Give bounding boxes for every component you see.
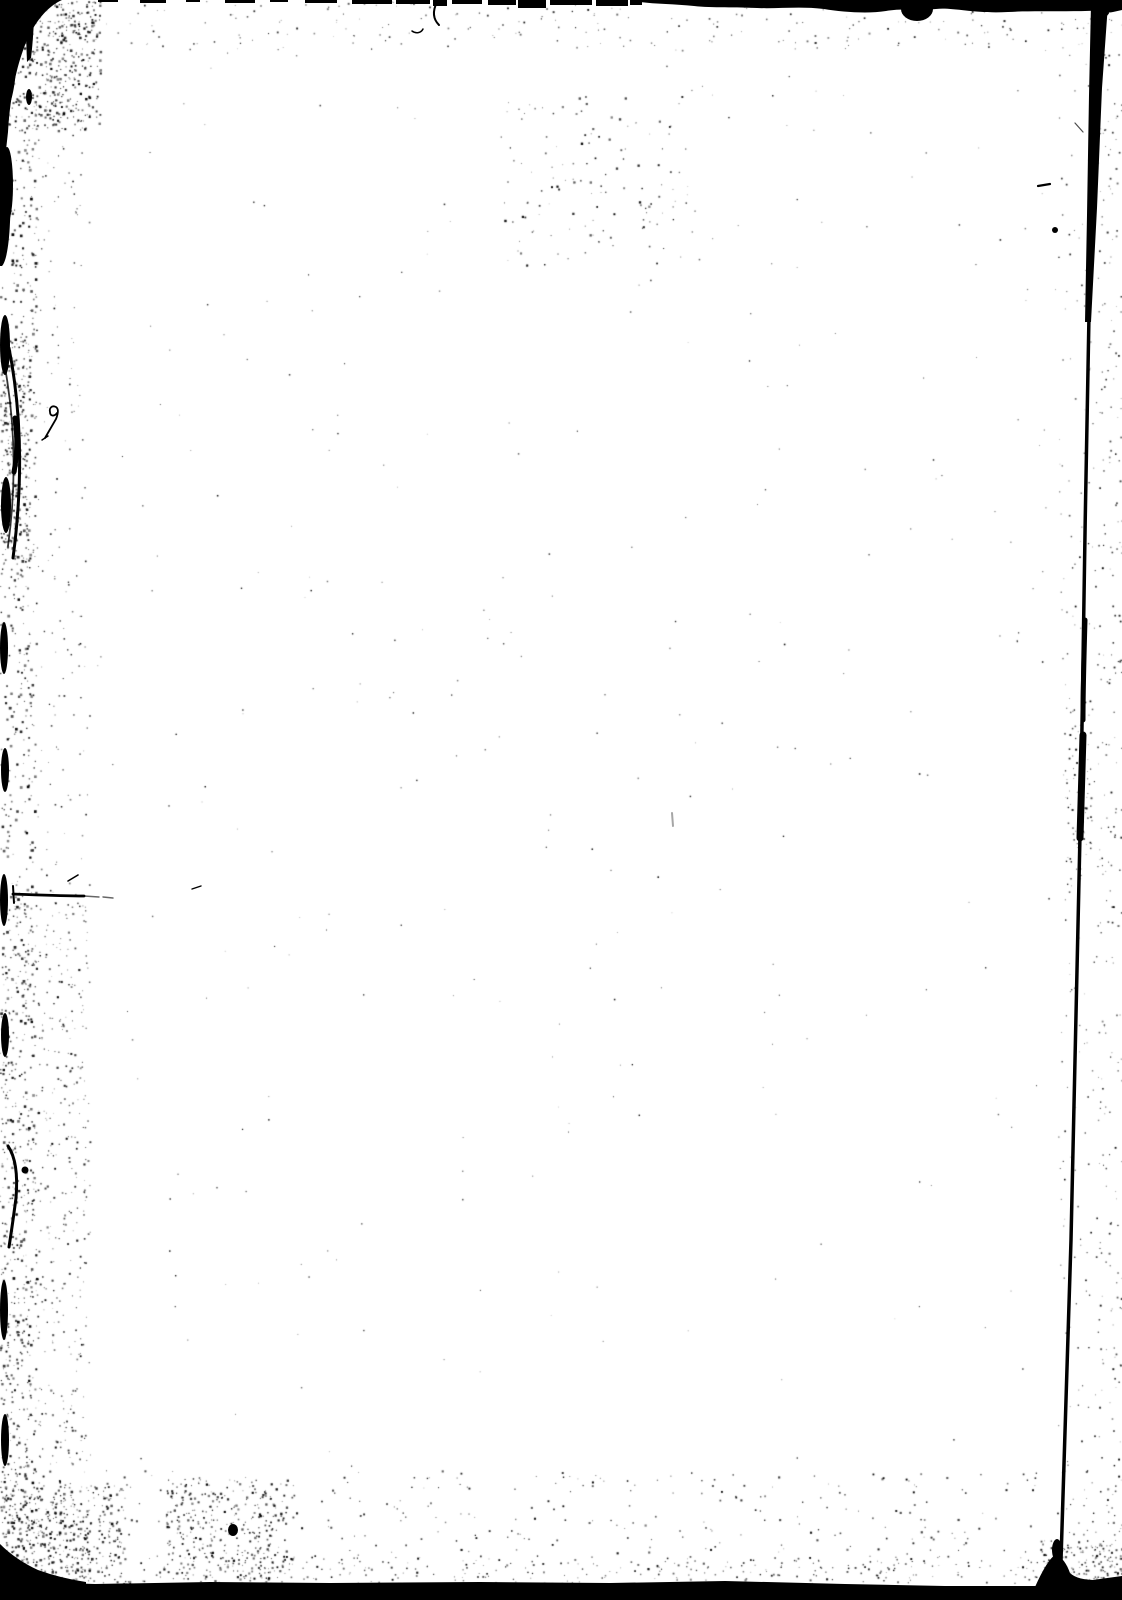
crease-ink-dot xyxy=(22,1167,29,1174)
handwritten-mark xyxy=(45,406,58,438)
pencil-rule-end-tick xyxy=(13,886,14,903)
bottom-cluster-dot xyxy=(228,1524,238,1536)
right-margin-ink-dash xyxy=(1038,184,1050,186)
top-edge-segment xyxy=(352,0,392,4)
left-edge-blob xyxy=(1,748,9,792)
bottom-edge-bar xyxy=(0,1576,1122,1600)
scan-artifacts-layer xyxy=(0,0,1122,1600)
top-edge-small-curl xyxy=(412,29,423,33)
left-edge-blob xyxy=(1,1013,9,1057)
pencil-rule-line-fade xyxy=(84,896,113,898)
top-edge-segment xyxy=(630,0,642,5)
left-edge-blob xyxy=(0,622,8,674)
top-edge-segment xyxy=(305,0,337,3)
left-edge-blob xyxy=(1,147,13,223)
right-page-edge-line-bulge xyxy=(1080,735,1083,838)
top-edge-segment xyxy=(488,0,516,5)
top-edge-segment xyxy=(550,0,592,5)
left-crease-curve-lower xyxy=(8,1146,17,1247)
right-page-edge-line xyxy=(1061,315,1089,1560)
top-edge-segments xyxy=(98,0,642,8)
top-left-streak xyxy=(26,0,35,62)
top-edge-segment xyxy=(225,0,255,3)
scanned-page xyxy=(0,0,1122,1600)
left-edge-blob xyxy=(1,1414,9,1466)
right-edge-line-top-band xyxy=(1085,4,1108,322)
top-edge-segment xyxy=(396,0,430,4)
pencil-tick-small xyxy=(192,886,201,889)
lines-and-marks xyxy=(4,2,1108,1560)
right-page-edge-line-bulge-2 xyxy=(1083,620,1085,720)
pencil-tick-diagonal xyxy=(68,875,78,881)
left-edge-blob xyxy=(0,1280,8,1340)
right-margin-hairline xyxy=(1075,123,1083,132)
bottom-edge-mound xyxy=(1035,1554,1103,1587)
grunge-blobs xyxy=(0,0,1062,1561)
top-edge-segment xyxy=(518,0,546,8)
left-edge-blob xyxy=(0,874,8,926)
left-edge-streak-dot xyxy=(26,89,32,105)
top-edge-segment xyxy=(452,0,482,4)
top-edge-band xyxy=(640,0,1122,12)
left-edge-blob xyxy=(1,477,11,533)
bottom-left-corner-wedge xyxy=(0,1544,86,1587)
top-edge-segment xyxy=(596,0,628,6)
top-edge-segment xyxy=(98,0,118,2)
right-margin-ink-dot xyxy=(1052,227,1058,233)
top-edge-segment xyxy=(270,0,288,2)
top-edge-ink-blob xyxy=(901,0,933,21)
top-edge-segment xyxy=(140,0,166,3)
left-crease-dark-segment xyxy=(14,418,17,472)
left-edge-blob-upper xyxy=(4,32,17,114)
top-edge-segment xyxy=(186,0,200,2)
mid-page-faint-smudge xyxy=(672,813,673,826)
edge-grunge-fills xyxy=(0,0,1122,1600)
pencil-rule-line xyxy=(13,894,84,896)
